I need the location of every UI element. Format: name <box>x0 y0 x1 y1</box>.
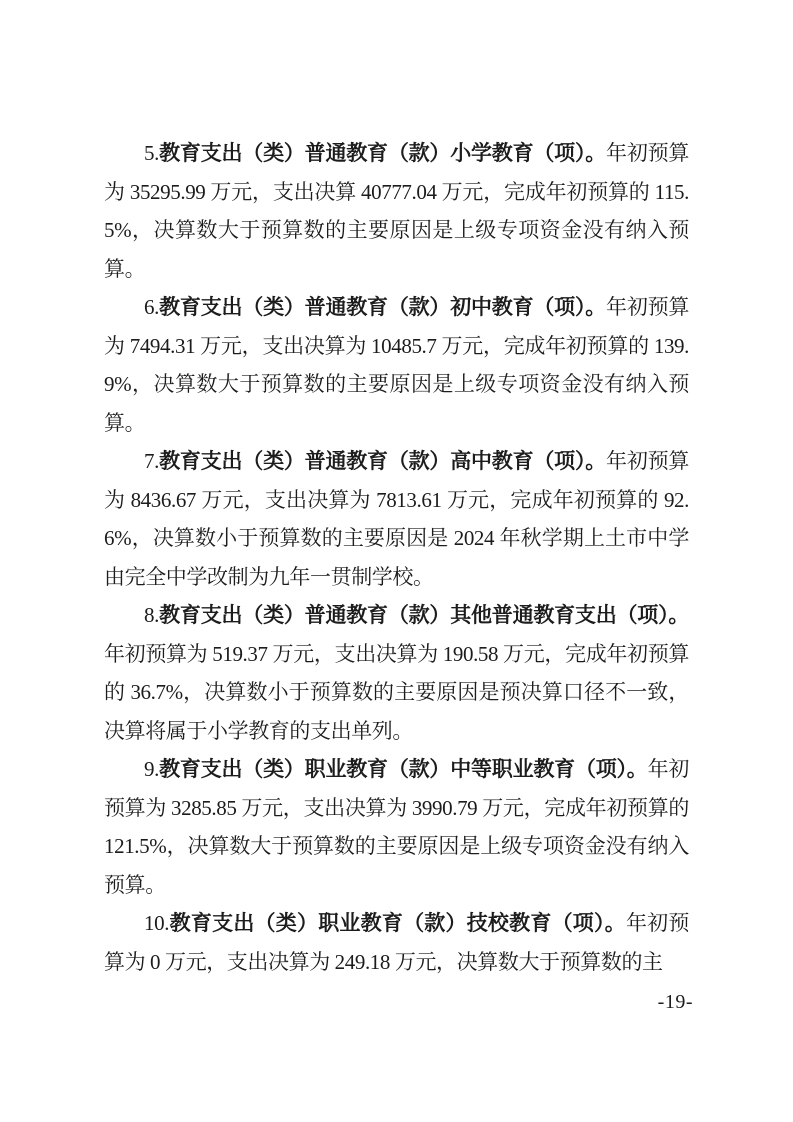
budget-paragraph: 9.教育支出（类）职业教育（款）中等职业教育（项）。年初预算为 3285.85 … <box>104 750 689 904</box>
budget-paragraph: 5.教育支出（类）普通教育（款）小学教育（项）。年初预算为 35295.99 万… <box>104 134 689 288</box>
paragraph-heading: 教育支出（类）普通教育（款）小学教育（项）。 <box>159 141 606 165</box>
paragraph-heading: 教育支出（类）职业教育（款）中等职业教育（项）。 <box>159 757 648 781</box>
paragraph-heading: 教育支出（类）普通教育（款）初中教育（项）。 <box>159 295 606 319</box>
page-number: -19- <box>658 991 693 1014</box>
paragraph-heading: 教育支出（类）普通教育（款）其他普通教育支出（项）。 <box>159 603 689 627</box>
paragraph-number: 10. <box>144 911 169 935</box>
paragraph-heading: 教育支出（类）职业教育（款）技校教育（项）。 <box>169 911 626 935</box>
budget-paragraph: 10.教育支出（类）职业教育（款）技校教育（项）。年初预算为 0 万元，支出决算… <box>104 904 689 981</box>
document-body: 5.教育支出（类）普通教育（款）小学教育（项）。年初预算为 35295.99 万… <box>104 134 689 981</box>
paragraph-body: 年初预算为 519.37 万元，支出决算为 190.58 万元，完成年初预算的 … <box>104 642 689 743</box>
paragraph-heading: 教育支出（类）普通教育（款）高中教育（项）。 <box>159 449 606 473</box>
paragraph-number: 8. <box>144 603 159 627</box>
budget-paragraph: 7.教育支出（类）普通教育（款）高中教育（项）。年初预算为 8436.67 万元… <box>104 442 689 596</box>
paragraph-number: 5. <box>144 141 159 165</box>
paragraph-number: 7. <box>144 449 159 473</box>
budget-paragraph: 6.教育支出（类）普通教育（款）初中教育（项）。年初预算为 7494.31 万元… <box>104 288 689 442</box>
document-page: 5.教育支出（类）普通教育（款）小学教育（项）。年初预算为 35295.99 万… <box>0 0 793 1122</box>
paragraph-number: 9. <box>144 757 159 781</box>
budget-paragraph: 8.教育支出（类）普通教育（款）其他普通教育支出（项）。年初预算为 519.37… <box>104 596 689 750</box>
paragraph-number: 6. <box>144 295 159 319</box>
